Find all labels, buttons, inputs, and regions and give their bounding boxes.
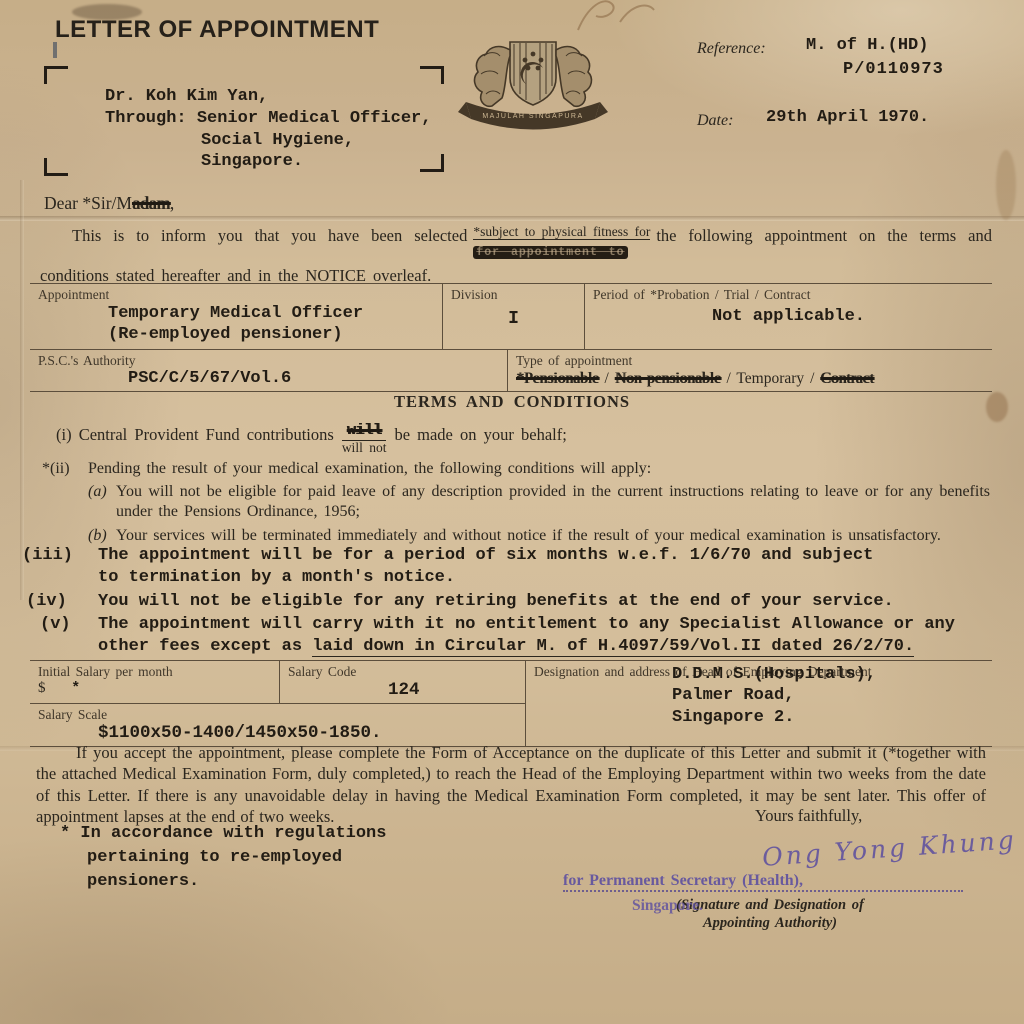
appointment-table: Appointment Temporary Medical Officer (R… (30, 283, 992, 392)
psc-authority-cell: P.S.C.'s Authority PSC/C/5/67/Vol.6 (30, 350, 508, 391)
designation-value: D.D.M.S.(Hospitals), Palmer Road, Singap… (672, 664, 984, 728)
insertion-text: *subject to physical fitness for (473, 224, 650, 240)
type-option-pensionable: *Pensionable (516, 370, 599, 387)
typed-insertion: *subject to physical fitness forfor appo… (473, 222, 650, 260)
letter-of-appointment-scan: LETTER OF APPOINTMENT MAJULAH SINGAPURA (0, 0, 1024, 1024)
address-window-bracket (44, 66, 68, 84)
term-ii-b: (b) Your services will be terminated imm… (88, 526, 990, 546)
date-value: 29th April 1970. (766, 108, 929, 127)
salary-table: Initial Salary per month $ * Salary Code… (30, 660, 992, 747)
paper-crease-vertical (20, 180, 24, 600)
term-i-number: (i) (56, 425, 72, 444)
reference-value: M. of H.(HD) (806, 36, 928, 55)
initial-salary-label: Initial Salary per month (38, 664, 271, 680)
will-not: will not (342, 441, 387, 456)
term-ii-a-text: You will not be eligible for paid leave … (116, 482, 990, 523)
salary-scale-label: Salary Scale (38, 707, 517, 723)
term-ii: *(ii) Pending the result of your medical… (42, 460, 992, 478)
addressee-city: Singapore. (201, 151, 431, 173)
salary-code-cell: Salary Code 124 (280, 661, 525, 703)
crest-banner-text: MAJULAH SINGAPURA (482, 113, 583, 120)
term-iii-text: The appointment will be for a period of … (98, 545, 888, 590)
addressee-dept: Social Hygiene, (201, 130, 431, 152)
salary-scale-value: $1100x50-1400/1450x50-1850. (98, 723, 517, 743)
salary-left-block: Initial Salary per month $ * Salary Code… (30, 661, 525, 746)
term-iv-text: You will not be eligible for any retirin… (98, 592, 894, 611)
type-of-appointment-label: Type of appointment (516, 353, 984, 369)
appointment-table-row-2: P.S.C.'s Authority PSC/C/5/67/Vol.6 Type… (30, 350, 992, 391)
initial-salary-value: $ * (38, 680, 271, 697)
salary-code-label: Salary Code (288, 664, 517, 680)
struck-will: will (342, 424, 387, 441)
term-v: (v) The appointment will carry with it n… (40, 614, 1020, 659)
stamp-designation: for Permanent Secretary (Health), (563, 872, 803, 890)
psc-authority-label: P.S.C.'s Authority (38, 353, 499, 369)
reference-number: P/0110973 (843, 60, 944, 79)
addressee-name: Dr. Koh Kim Yan, (105, 86, 431, 108)
term-i: (i) Central Provident Fund contributions… (56, 424, 567, 456)
salutation: Dear *Sir/Madam, (44, 193, 174, 214)
salary-scale-cell: Salary Scale $1100x50-1400/1450x50-1850. (30, 704, 525, 746)
valediction: Yours faithfully, (755, 806, 862, 826)
division-label: Division (451, 287, 576, 303)
signature-dotted-line (563, 890, 963, 892)
term-ii-a: (a) You will not be eligible for paid le… (88, 482, 990, 523)
division-cell: Division I (443, 284, 585, 349)
handwritten-signature: Ong Yong Khung (761, 825, 1017, 872)
footnote: * In accordance with regulations pertain… (60, 822, 386, 893)
salary-code-value: 124 (388, 680, 517, 700)
addressee-through: Through: Senior Medical Officer, (105, 108, 431, 130)
designation-cell: Designation and address of Head of Emplo… (525, 661, 992, 746)
appointment-label: Appointment (38, 287, 434, 303)
period-value: Not applicable. (593, 307, 984, 326)
salary-row-1: Initial Salary per month $ * Salary Code… (30, 661, 525, 704)
will-willnot-choice: willwill not (342, 424, 387, 456)
address-window-bracket (44, 158, 68, 176)
type-of-appointment-value: *Pensionable / Non-pensionable / Tempora… (516, 370, 984, 388)
term-ii-number: *(ii) (42, 460, 88, 478)
term-v-underlined-part: laid down in Circular M. of H.4097/59/Vo… (312, 637, 914, 657)
appointment-cell: Appointment Temporary Medical Officer (R… (30, 284, 443, 349)
psc-authority-value: PSC/C/5/67/Vol.6 (128, 369, 499, 388)
type-option-non-pensionable: Non-pensionable (615, 370, 721, 387)
stamp-singapore: Singapore. (632, 897, 703, 915)
term-v-number: (v) (40, 614, 98, 636)
term-ii-a-number: (a) (88, 482, 116, 502)
term-iii-number: (iii) (22, 545, 98, 567)
paper-stain (996, 150, 1016, 220)
reference-label: Reference: (697, 40, 766, 58)
period-label: Period of *Probation / Trial / Contract (593, 287, 984, 303)
address-window-bracket (420, 66, 444, 84)
type-of-appointment-cell: Type of appointment *Pensionable / Non-p… (508, 350, 992, 391)
term-ii-b-text: Your services will be terminated immedia… (116, 526, 941, 546)
term-v-text: The appointment will carry with it no en… (98, 614, 998, 659)
term-iv: (iv) You will not be eligible for any re… (26, 592, 1006, 611)
scan-artifact-line (53, 42, 57, 58)
type-option-contract: Contract (820, 370, 873, 387)
singapore-coat-of-arms-icon: MAJULAH SINGAPURA (448, 26, 618, 144)
term-ii-b-number: (b) (88, 526, 116, 546)
period-cell: Period of *Probation / Trial / Contract … (585, 284, 992, 349)
term-ii-text: Pending the result of your medical exami… (88, 460, 651, 478)
type-option-temporary: Temporary (736, 370, 804, 387)
appointment-value: Temporary Medical Officer (Re-employed p… (108, 303, 434, 346)
terms-heading: TERMS AND CONDITIONS (0, 392, 1024, 412)
obliterated-text: for appointment to (473, 246, 627, 259)
appointment-table-row-1: Appointment Temporary Medical Officer (R… (30, 284, 992, 350)
addressee-block: Dr. Koh Kim Yan, Through: Senior Medical… (105, 86, 431, 173)
page-title: LETTER OF APPOINTMENT (55, 16, 379, 44)
salary-table-grid: Initial Salary per month $ * Salary Code… (30, 661, 992, 746)
term-iii: (iii) The appointment will be for a peri… (22, 545, 1002, 590)
struck-madam: adam (132, 193, 170, 213)
intro-paragraph: This is to inform you that you have been… (40, 220, 992, 291)
term-iv-number: (iv) (26, 592, 98, 611)
division-value: I (451, 309, 576, 329)
initial-salary-cell: Initial Salary per month $ * (30, 661, 280, 703)
date-label: Date: (697, 112, 733, 130)
